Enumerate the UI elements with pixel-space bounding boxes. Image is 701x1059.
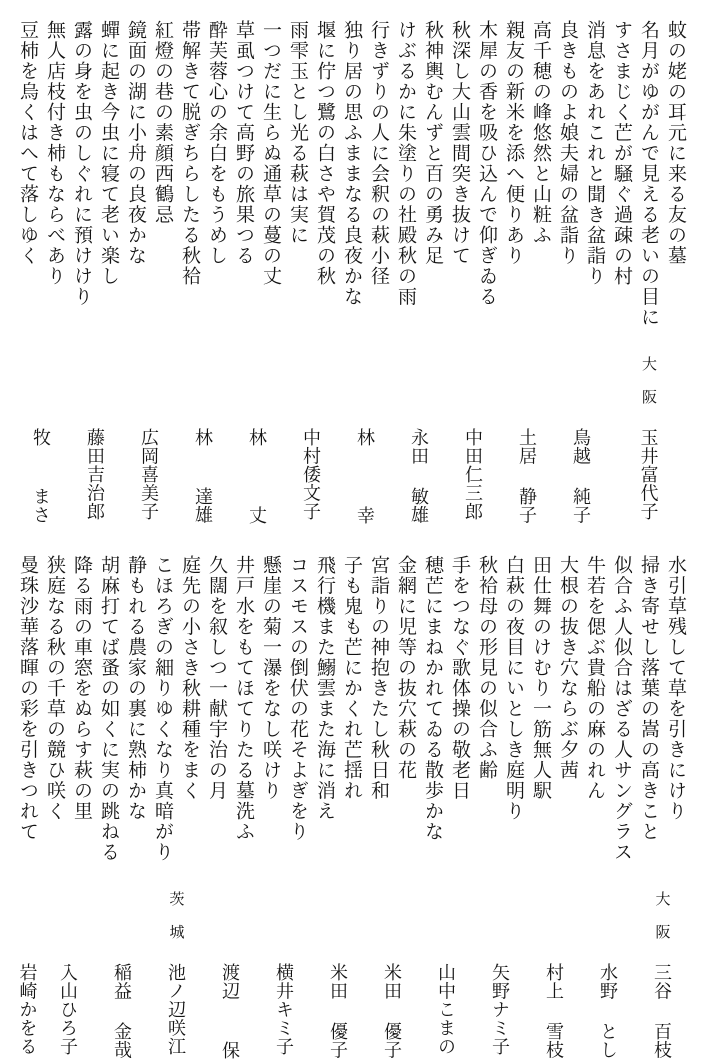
author-meta: 大阪玉井富代子 xyxy=(636,356,662,524)
haiku-poem: 名月がゆがんで見える老いの目に xyxy=(635,20,662,330)
haiku-poem: こほろぎの細りゆくなり真暗がり xyxy=(149,555,176,865)
author-family-name: 玉井富代子 xyxy=(636,428,662,521)
author-name: 林丈 xyxy=(244,428,270,524)
author-family-name: 矢野ナミ子 xyxy=(487,963,513,1056)
haiku-poem: 行きずりの人に会釈の萩小径 xyxy=(365,20,392,330)
author-given-name: とし xyxy=(595,1022,621,1059)
author-family-name: 横井キミ子 xyxy=(271,963,297,1056)
haiku-poem: 久闊を叙しつ一献宇治の月 xyxy=(203,555,230,865)
author-group: 行きずりの人に会釈の萩小径独り居の思ふままなる良夜かな林幸 xyxy=(338,20,392,524)
haiku-poem: 豆柿を烏くはへて落しゆく xyxy=(14,20,41,330)
author-meta: 米田優子 xyxy=(379,891,405,1059)
haiku-poem: 良きものよ娘夫婦の盆詣り xyxy=(554,20,581,330)
haiku-poem: 堰に佇つ鷺の白さや賀茂の秋 xyxy=(311,20,338,330)
haiku-poem: 掃き寄せし落葉の嵩の高きこと xyxy=(635,555,662,865)
haiku-poem: 草虱つけて高野の旅果つる xyxy=(230,20,257,330)
author-name: 池ノ辺咲江 xyxy=(163,963,189,1059)
poem-columns: コスモスの倒伏の花そよぎをり懸崖の菊一瀑をなし咲けり xyxy=(257,555,311,865)
haiku-poem: 蟬に起き今虫に寝て老い楽し xyxy=(95,20,122,330)
author-family-name: 岩崎かをる xyxy=(15,963,41,1056)
poem-columns: 木犀の香を吸ひ込んで仰ぎゐる秋深し大山雲間突き抜けて xyxy=(446,20,500,330)
haiku-poem: 紅燈の巷の素顔西鶴忌 xyxy=(149,20,176,330)
author-name: 水野とし xyxy=(595,963,621,1059)
haiku-poem: 田仕舞のけむり一筋無人駅 xyxy=(527,555,554,865)
author-family-name: 稲益 xyxy=(109,963,135,1000)
author-family-name: 池ノ辺咲江 xyxy=(163,963,189,1056)
haiku-poem: 独り居の思ふままなる良夜かな xyxy=(338,20,365,330)
author-given-name: 幸 xyxy=(352,506,378,525)
haiku-poem: 親友の新米を添へ便りあり xyxy=(500,20,527,330)
author-meta: 山中こまの xyxy=(433,891,459,1059)
author-given-name: 達雄 xyxy=(190,487,216,524)
author-name: 米田優子 xyxy=(325,963,351,1059)
author-name: 中村倭文子 xyxy=(298,428,324,524)
author-family-name: 村上 xyxy=(541,963,567,1000)
author-given-name: まさ xyxy=(28,487,54,524)
author-group: 蚊の姥の耳元に来る友の墓名月がゆがんで見える老いの目にすさまじく芒が騒ぐ過疎の村… xyxy=(608,20,689,524)
author-given-name: 百枝 xyxy=(649,1022,675,1059)
author-name: 鳥越純子 xyxy=(568,428,594,524)
author-family-name: 林 xyxy=(244,428,270,447)
poem-columns: 一つだに生らぬ通草の蔓の丈草虱つけて高野の旅果つる xyxy=(230,20,284,330)
author-meta: 岩崎かをる xyxy=(15,891,41,1059)
author-meta: 大阪三谷百枝 xyxy=(649,891,675,1059)
haiku-poem: 宮詣りの神抱きたし秋日和 xyxy=(365,555,392,865)
author-meta: 入山ひろ子 xyxy=(55,891,81,1059)
author-group: 井戸水をもてほてりたる墓洗ふ久闊を叙しつ一献宇治の月渡辺保 xyxy=(203,555,257,1059)
poem-columns: 白萩の夜目にいとしき庭明り秋袷母の形見の似合ふ齢 xyxy=(473,555,527,865)
haiku-poem: 狭庭なる秋の千草の競ひ咲く xyxy=(41,555,68,865)
poem-columns: 子も鬼も芒にかくれ芒揺れ飛行機また鰯雲また海に消え xyxy=(311,555,365,865)
author-group: 消息をあれこれと聞き盆詣り良きものよ娘夫婦の盆詣り鳥越純子 xyxy=(554,20,608,524)
haiku-section-top: 蚊の姥の耳元に来る友の墓名月がゆがんで見える老いの目にすさまじく芒が騒ぐ過疎の村… xyxy=(14,20,689,524)
author-name: 米田優子 xyxy=(379,963,405,1059)
haiku-poem: 曼珠沙華落暉の彩を引きつれて xyxy=(14,555,41,865)
haiku-poem: 消息をあれこれと聞き盆詣り xyxy=(581,20,608,330)
author-group: 酔芙蓉心の余白をもうめし帯解きて脱ぎちらしたる秋袷林達雄 xyxy=(176,20,230,524)
author-family-name: 牧 xyxy=(28,428,54,447)
author-family-name: 永田 xyxy=(406,428,432,465)
haiku-poem: 牛若を偲ぶ貴船の麻のれん xyxy=(581,555,608,865)
haiku-poem: 秋深し大山雲間突き抜けて xyxy=(446,20,473,330)
haiku-poem: 秋神輿むんずと百の勇み足 xyxy=(419,20,446,330)
haiku-poem: 帯解きて脱ぎちらしたる秋袷 xyxy=(176,20,203,330)
haiku-poem: 無人店枝付き柿もならべあり xyxy=(41,20,68,330)
author-family-name: 林 xyxy=(352,428,378,447)
author-given-name: 優子 xyxy=(325,1022,351,1059)
author-meta: 永田敏雄 xyxy=(406,356,432,524)
author-group: 似合ふ人似合はざる人サングラス牛若を偲ぶ貴船の麻のれん水野とし xyxy=(581,555,635,1059)
haiku-poem: 手をつなぐ歌体操の敬老日 xyxy=(446,555,473,865)
haiku-poem: 似合ふ人似合はざる人サングラス xyxy=(608,555,635,865)
author-meta: 牧まさ xyxy=(28,356,54,524)
haiku-poem: 秋袷母の形見の似合ふ齢 xyxy=(473,555,500,865)
author-given-name: 金哉 xyxy=(109,1022,135,1059)
author-meta: 鳥越純子 xyxy=(568,356,594,524)
author-family-name: 米田 xyxy=(325,963,351,1000)
scanned-haiku-page: 蚊の姥の耳元に来る友の墓名月がゆがんで見える老いの目にすさまじく芒が騒ぐ過疎の村… xyxy=(0,0,701,1059)
poem-columns: 井戸水をもてほてりたる墓洗ふ久闊を叙しつ一献宇治の月 xyxy=(203,555,257,865)
poem-columns: 紅燈の巷の素顔西鶴忌鏡面の湖に小舟の良夜かな xyxy=(122,20,176,330)
author-family-name: 入山ひろ子 xyxy=(55,963,81,1056)
author-family-name: 米田 xyxy=(379,963,405,1000)
haiku-poem: 酔芙蓉心の余白をもうめし xyxy=(203,20,230,330)
author-family-name: 渡辺 xyxy=(217,963,243,1000)
author-given-name: 敏雄 xyxy=(406,487,432,524)
author-group: 大根の抜き穴ならぶ夕茜田仕舞のけむり一筋無人駅村上雪枝 xyxy=(527,555,581,1059)
haiku-poem: 鏡面の湖に小舟の良夜かな xyxy=(122,20,149,330)
haiku-poem: 飛行機また鰯雲また海に消え xyxy=(311,555,338,865)
haiku-poem: 胡麻打てば蚤の如くに実の跳ねる xyxy=(95,555,122,865)
haiku-poem: けぶるかに朱塗りの社殿秋の雨 xyxy=(392,20,419,330)
author-name: 広岡喜美子 xyxy=(136,428,162,524)
poem-columns: 降る雨の車窓をぬらす萩の里狭庭なる秋の千草の競ひ咲く xyxy=(41,555,95,865)
author-group: 降る雨の車窓をぬらす萩の里狭庭なる秋の千草の競ひ咲く入山ひろ子 xyxy=(41,555,95,1059)
haiku-poem: 金網に児等の抜穴萩の花 xyxy=(392,555,419,865)
haiku-poem: 水引草残して草を引きにけり xyxy=(662,555,689,865)
author-given-name: 保 xyxy=(217,1041,243,1059)
author-meta: 中村倭文子 xyxy=(298,356,324,524)
author-family-name: 中田仁三郎 xyxy=(460,428,486,521)
author-meta: 土居静子 xyxy=(514,356,540,524)
haiku-poem: 庭先の小さき秋耕種をまく xyxy=(176,555,203,865)
poem-columns: 行きずりの人に会釈の萩小径独り居の思ふままなる良夜かな xyxy=(338,20,392,330)
author-name: 中田仁三郎 xyxy=(460,428,486,524)
author-given-name: 純子 xyxy=(568,487,594,524)
author-name: 玉井富代子 xyxy=(636,428,662,524)
author-meta: 矢野ナミ子 xyxy=(487,891,513,1059)
author-family-name: 藤田吉治郎 xyxy=(82,428,108,521)
author-family-name: 土居 xyxy=(514,428,540,465)
author-family-name: 鳥越 xyxy=(568,428,594,465)
prefecture-label: 大阪 xyxy=(652,891,673,947)
prefecture-label: 茨城 xyxy=(166,891,187,947)
author-name: 横井キミ子 xyxy=(271,963,297,1059)
poem-columns: 似合ふ人似合はざる人サングラス牛若を偲ぶ貴船の麻のれん xyxy=(581,555,635,865)
author-group: 手をつなぐ歌体操の敬老日穂芒にまねかれてゐる散歩かな山中こまの xyxy=(419,555,473,1059)
author-meta: 水野とし xyxy=(595,891,621,1059)
haiku-poem: 降る雨の車窓をぬらす萩の里 xyxy=(68,555,95,865)
author-group: 金網に児等の抜穴萩の花宮詣りの神抱きたし秋日和米田優子 xyxy=(365,555,419,1059)
haiku-poem: 懸崖の菊一瀑をなし咲けり xyxy=(257,555,284,865)
author-name: 稲益金哉 xyxy=(109,963,135,1059)
author-meta: 林達雄 xyxy=(190,356,216,524)
author-group: 高千穂の峰悠然と山粧ふ親友の新米を添へ便りあり土居静子 xyxy=(500,20,554,524)
author-name: 山中こまの xyxy=(433,963,459,1059)
author-family-name: 林 xyxy=(190,428,216,447)
poem-columns: 静もれる農家の裏に熟柿かな胡麻打てば蚤の如くに実の跳ねる xyxy=(95,555,149,865)
author-meta: 藤田吉治郎 xyxy=(82,356,108,524)
author-group: 一つだに生らぬ通草の蔓の丈草虱つけて高野の旅果つる林丈 xyxy=(230,20,284,524)
author-group: 無人店枝付き柿もならべあり豆柿を烏くはへて落しゆく牧まさ xyxy=(14,20,68,524)
author-group: 秋神輿むんずと百の勇み足けぶるかに朱塗りの社殿秋の雨永田敏雄 xyxy=(392,20,446,524)
author-meta: 横井キミ子 xyxy=(271,891,297,1059)
author-name: 岩崎かをる xyxy=(15,963,41,1059)
author-name: 入山ひろ子 xyxy=(55,963,81,1059)
author-group: 庭先の小さき秋耕種をまくこほろぎの細りゆくなり真暗がり茨城池ノ辺咲江 xyxy=(149,555,203,1059)
author-meta: 林丈 xyxy=(244,356,270,524)
poem-columns: 堰に佇つ鷺の白さや賀茂の秋雨雫玉とし光る萩は実に xyxy=(284,20,338,330)
author-given-name: 静子 xyxy=(514,487,540,524)
author-name: 村上雪枝 xyxy=(541,963,567,1059)
author-meta: 米田優子 xyxy=(325,891,351,1059)
author-name: 林達雄 xyxy=(190,428,216,524)
poem-columns: 蟬に起き今虫に寝て老い楽し露の身を虫のしぐれに預けけり xyxy=(68,20,122,330)
haiku-poem: 雨雫玉とし光る萩は実に xyxy=(284,20,311,330)
author-given-name: 雪枝 xyxy=(541,1022,567,1059)
poem-columns: 消息をあれこれと聞き盆詣り良きものよ娘夫婦の盆詣り xyxy=(554,20,608,330)
haiku-poem: すさまじく芒が騒ぐ過疎の村 xyxy=(608,20,635,330)
author-meta: 広岡喜美子 xyxy=(136,356,162,524)
poem-columns: 無人店枝付き柿もならべあり豆柿を烏くはへて落しゆく xyxy=(14,20,68,330)
haiku-poem: 高千穂の峰悠然と山粧ふ xyxy=(527,20,554,330)
author-name: 牧まさ xyxy=(28,428,54,524)
haiku-poem: 穂芒にまねかれてゐる散歩かな xyxy=(419,555,446,865)
author-group: 子も鬼も芒にかくれ芒揺れ飛行機また鰯雲また海に消え米田優子 xyxy=(311,555,365,1059)
author-name: 三谷百枝 xyxy=(649,963,675,1059)
haiku-poem: 一つだに生らぬ通草の蔓の丈 xyxy=(257,20,284,330)
author-group: コスモスの倒伏の花そよぎをり懸崖の菊一瀑をなし咲けり横井キミ子 xyxy=(257,555,311,1059)
author-given-name: 丈 xyxy=(244,506,270,525)
author-group: 水引草残して草を引きにけり掃き寄せし落葉の嵩の高きこと大阪三谷百枝 xyxy=(635,555,689,1059)
poem-columns: 酔芙蓉心の余白をもうめし帯解きて脱ぎちらしたる秋袷 xyxy=(176,20,230,330)
author-name: 永田敏雄 xyxy=(406,428,432,524)
poem-columns: 庭先の小さき秋耕種をまくこほろぎの細りゆくなり真暗がり xyxy=(149,555,203,865)
poem-columns: 曼珠沙華落暉の彩を引きつれて xyxy=(14,555,41,865)
author-group: 静もれる農家の裏に熟柿かな胡麻打てば蚤の如くに実の跳ねる稲益金哉 xyxy=(95,555,149,1059)
haiku-poem: コスモスの倒伏の花そよぎをり xyxy=(284,555,311,865)
author-group: 蟬に起き今虫に寝て老い楽し露の身を虫のしぐれに預けけり藤田吉治郎 xyxy=(68,20,122,524)
author-family-name: 三谷 xyxy=(649,963,675,1000)
author-group: 堰に佇つ鷺の白さや賀茂の秋雨雫玉とし光る萩は実に中村倭文子 xyxy=(284,20,338,524)
poem-columns: 水引草残して草を引きにけり掃き寄せし落葉の嵩の高きこと xyxy=(635,555,689,865)
poem-columns: 秋神輿むんずと百の勇み足けぶるかに朱塗りの社殿秋の雨 xyxy=(392,20,446,330)
haiku-poem: 井戸水をもてほてりたる墓洗ふ xyxy=(230,555,257,865)
haiku-poem: 蚊の姥の耳元に来る友の墓 xyxy=(662,20,689,330)
haiku-poem: 木犀の香を吸ひ込んで仰ぎゐる xyxy=(473,20,500,330)
author-meta: 林幸 xyxy=(352,356,378,524)
author-meta: 茨城池ノ辺咲江 xyxy=(163,891,189,1059)
poem-columns: 大根の抜き穴ならぶ夕茜田仕舞のけむり一筋無人駅 xyxy=(527,555,581,865)
poem-columns: 高千穂の峰悠然と山粧ふ親友の新米を添へ便りあり xyxy=(500,20,554,330)
haiku-poem: 白萩の夜目にいとしき庭明り xyxy=(500,555,527,865)
haiku-poem: 静もれる農家の裏に熟柿かな xyxy=(122,555,149,865)
haiku-poem: 子も鬼も芒にかくれ芒揺れ xyxy=(338,555,365,865)
author-family-name: 山中こまの xyxy=(433,963,459,1056)
author-family-name: 広岡喜美子 xyxy=(136,428,162,521)
author-name: 藤田吉治郎 xyxy=(82,428,108,524)
author-meta: 渡辺保 xyxy=(217,891,243,1059)
author-family-name: 水野 xyxy=(595,963,621,1000)
haiku-section-bottom: 水引草残して草を引きにけり掃き寄せし落葉の嵩の高きこと大阪三谷百枝似合ふ人似合は… xyxy=(14,555,689,1059)
poem-columns: 手をつなぐ歌体操の敬老日穂芒にまねかれてゐる散歩かな xyxy=(419,555,473,865)
author-meta: 中田仁三郎 xyxy=(460,356,486,524)
haiku-poem: 露の身を虫のしぐれに預けけり xyxy=(68,20,95,330)
prefecture-label: 大阪 xyxy=(638,356,659,412)
author-name: 渡辺保 xyxy=(217,963,243,1059)
poem-columns: 蚊の姥の耳元に来る友の墓名月がゆがんで見える老いの目にすさまじく芒が騒ぐ過疎の村 xyxy=(608,20,689,330)
author-name: 林幸 xyxy=(352,428,378,524)
author-meta: 稲益金哉 xyxy=(109,891,135,1059)
author-name: 土居静子 xyxy=(514,428,540,524)
author-group: 木犀の香を吸ひ込んで仰ぎゐる秋深し大山雲間突き抜けて中田仁三郎 xyxy=(446,20,500,524)
author-family-name: 中村倭文子 xyxy=(298,428,324,521)
author-group: 白萩の夜目にいとしき庭明り秋袷母の形見の似合ふ齢矢野ナミ子 xyxy=(473,555,527,1059)
author-given-name: 優子 xyxy=(379,1022,405,1059)
author-group: 紅燈の巷の素顔西鶴忌鏡面の湖に小舟の良夜かな広岡喜美子 xyxy=(122,20,176,524)
author-meta: 村上雪枝 xyxy=(541,891,567,1059)
poem-columns: 金網に児等の抜穴萩の花宮詣りの神抱きたし秋日和 xyxy=(365,555,419,865)
haiku-poem: 大根の抜き穴ならぶ夕茜 xyxy=(554,555,581,865)
author-name: 矢野ナミ子 xyxy=(487,963,513,1059)
author-group: 曼珠沙華落暉の彩を引きつれて岩崎かをる xyxy=(14,555,41,1059)
